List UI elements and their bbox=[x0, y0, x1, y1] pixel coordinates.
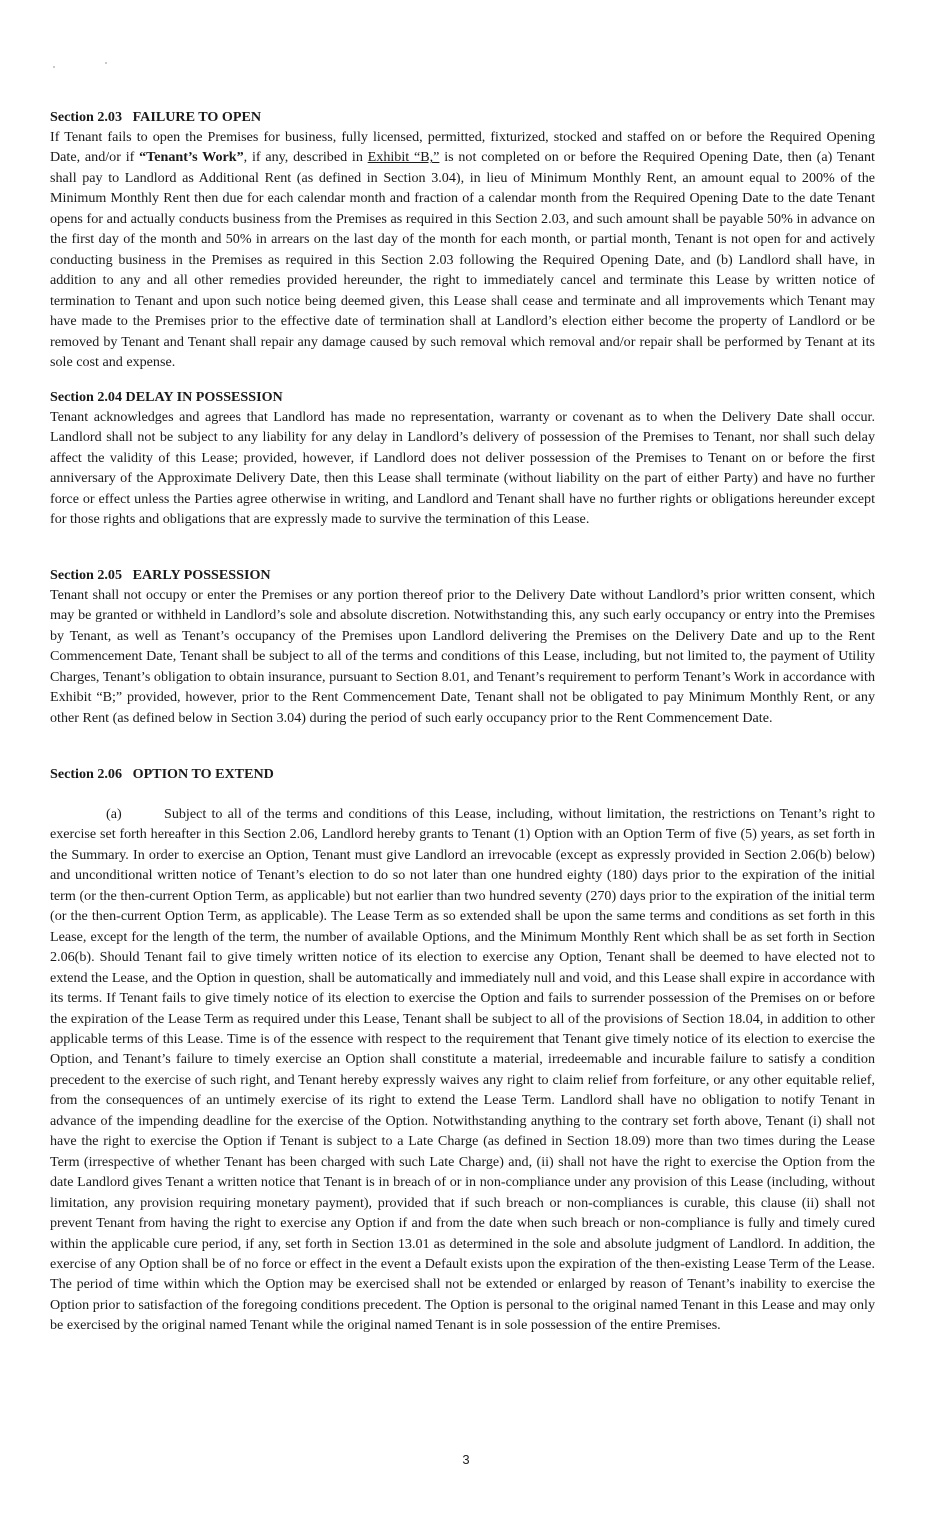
defined-term-tenants-work: “Tenant’s Work” bbox=[139, 149, 244, 165]
section-2-04: Section 2.04 DELAY IN POSSESSION Tenant … bbox=[50, 387, 875, 530]
section-2-03: Section 2.03 FAILURE TO OPEN If Tenant f… bbox=[50, 107, 875, 372]
body-text: is not completed on or before the Requir… bbox=[50, 149, 875, 370]
section-2-06: Section 2.06 OPTION TO EXTEND (a)Subject… bbox=[50, 764, 875, 1336]
scan-speck bbox=[105, 62, 107, 64]
body-text: Subject to all of the terms and conditio… bbox=[50, 806, 875, 1333]
page-number: 3 bbox=[0, 1452, 932, 1467]
exhibit-b-reference: Exhibit “B,” bbox=[368, 149, 440, 165]
section-heading: Section 2.06 OPTION TO EXTEND bbox=[50, 764, 875, 784]
section-body: If Tenant fails to open the Premises for… bbox=[50, 127, 875, 372]
section-heading: Section 2.03 FAILURE TO OPEN bbox=[50, 107, 875, 127]
document-page: Section 2.03 FAILURE TO OPEN If Tenant f… bbox=[0, 0, 932, 1538]
section-2-05: Section 2.05 EARLY POSSESSION Tenant sha… bbox=[50, 565, 875, 728]
section-body: Tenant acknowledges and agrees that Land… bbox=[50, 407, 875, 530]
spacer bbox=[50, 784, 875, 804]
section-heading: Section 2.04 DELAY IN POSSESSION bbox=[50, 387, 875, 407]
section-body: (a)Subject to all of the terms and condi… bbox=[50, 804, 875, 1336]
scan-speck bbox=[53, 66, 55, 68]
subsection-label: (a) bbox=[106, 804, 164, 824]
body-text: , if any, described in bbox=[244, 149, 368, 165]
section-body: Tenant shall not occupy or enter the Pre… bbox=[50, 585, 875, 728]
section-heading: Section 2.05 EARLY POSSESSION bbox=[50, 565, 875, 585]
